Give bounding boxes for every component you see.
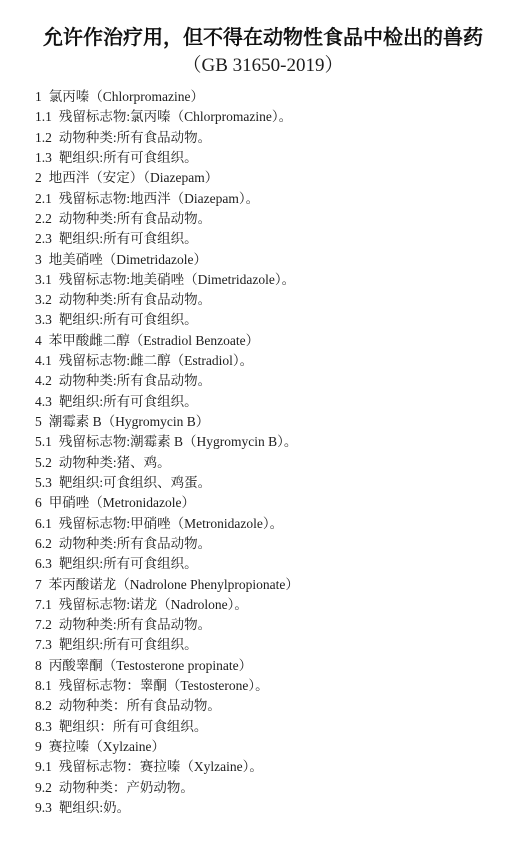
list-line: 8.2动物种类：所有食品动物。 (35, 696, 516, 716)
line-text: 氯丙嗪（Chlorpromazine） (49, 89, 204, 104)
list-line: 5.1残留标志物:潮霉素 B（Hygromycin B）。 (35, 432, 516, 452)
line-text: 靶组织:奶。 (59, 800, 130, 815)
line-text: 动物种类:所有食品动物。 (59, 536, 211, 551)
line-text: 丙酸睾酮（Testosterone propinate） (49, 658, 252, 673)
line-number: 6.3 (35, 554, 52, 574)
list-line: 2.3靶组织:所有可食组织。 (35, 229, 516, 249)
list-line: 8.3靶组织：所有可食组织。 (35, 717, 516, 737)
list-line: 3.1残留标志物:地美硝唑（Dimetridazole）。 (35, 270, 516, 290)
line-number: 1.2 (35, 128, 52, 148)
line-text: 动物种类:所有食品动物。 (59, 373, 211, 388)
line-number: 3.3 (35, 310, 52, 330)
list-line: 2.1残留标志物:地西泮（Diazepam）。 (35, 189, 516, 209)
line-text: 靶组织:所有可食组织。 (59, 394, 198, 409)
line-text: 地美硝唑（Dimetridazole） (49, 252, 207, 267)
line-text: 动物种类：所有食品动物。 (59, 698, 221, 713)
list-line: 1.2动物种类:所有食品动物。 (35, 128, 516, 148)
line-number: 8.3 (35, 717, 52, 737)
list-line: 5.3靶组织:可食组织、鸡蛋。 (35, 473, 516, 493)
line-number: 8.1 (35, 676, 52, 696)
standard-number-subtitle: （GB 31650-2019） (0, 54, 526, 78)
line-text: 动物种类:所有食品动物。 (59, 130, 211, 145)
list-line: 9赛拉嗪（Xylzaine） (35, 737, 516, 757)
line-text: 残留标志物:地美硝唑（Dimetridazole）。 (59, 272, 295, 287)
line-number: 2 (35, 168, 42, 188)
list-line: 3地美硝唑（Dimetridazole） (35, 250, 516, 270)
line-text: 动物种类:所有食品动物。 (59, 211, 211, 226)
line-text: 动物种类:所有食品动物。 (59, 292, 211, 307)
line-text: 动物种类:所有食品动物。 (59, 617, 211, 632)
line-number: 4 (35, 331, 42, 351)
list-line: 3.3靶组织:所有可食组织。 (35, 310, 516, 330)
line-number: 5.1 (35, 432, 52, 452)
line-text: 残留标志物:雌二醇（Estradiol）。 (59, 353, 253, 368)
list-line: 6.1残留标志物:甲硝唑（Metronidazole）。 (35, 514, 516, 534)
line-number: 5.3 (35, 473, 52, 493)
line-number: 5 (35, 412, 42, 432)
list-line: 4苯甲酸雌二醇（Estradiol Benzoate） (35, 331, 516, 351)
line-text: 靶组织:所有可食组织。 (59, 637, 198, 652)
line-number: 4.1 (35, 351, 52, 371)
line-number: 3.1 (35, 270, 52, 290)
list-line: 8丙酸睾酮（Testosterone propinate） (35, 656, 516, 676)
line-text: 残留标志物:甲硝唑（Metronidazole）。 (59, 516, 283, 531)
line-text: 靶组织:可食组织、鸡蛋。 (59, 475, 211, 490)
list-line: 7.1残留标志物:诺龙（Nadrolone）。 (35, 595, 516, 615)
line-number: 1.3 (35, 148, 52, 168)
list-line: 5.2动物种类:猪、鸡。 (35, 453, 516, 473)
line-text: 残留标志物:地西泮（Diazepam）。 (59, 191, 259, 206)
line-text: 苯甲酸雌二醇（Estradiol Benzoate） (49, 333, 259, 348)
line-number: 9.2 (35, 778, 52, 798)
list-line: 9.2动物种类：产奶动物。 (35, 778, 516, 798)
line-number: 2.2 (35, 209, 52, 229)
line-text: 靶组织:所有可食组织。 (59, 556, 198, 571)
list-line: 2.2动物种类:所有食品动物。 (35, 209, 516, 229)
list-line: 1.1残留标志物:氯丙嗪（Chlorpromazine）。 (35, 107, 516, 127)
line-number: 1 (35, 87, 42, 107)
drug-list: 1氯丙嗪（Chlorpromazine） 1.1残留标志物:氯丙嗪（Chlorp… (35, 87, 516, 818)
line-number: 3 (35, 250, 42, 270)
list-line: 4.3靶组织:所有可食组织。 (35, 392, 516, 412)
list-line: 7.3靶组织:所有可食组织。 (35, 635, 516, 655)
line-number: 4.3 (35, 392, 52, 412)
list-line: 7.2动物种类:所有食品动物。 (35, 615, 516, 635)
line-number: 7.2 (35, 615, 52, 635)
line-number: 3.2 (35, 290, 52, 310)
list-line: 2地西泮（安定）（Diazepam） (35, 168, 516, 188)
list-line: 3.2动物种类:所有食品动物。 (35, 290, 516, 310)
line-text: 靶组织:所有可食组织。 (59, 150, 198, 165)
list-line: 9.3靶组织:奶。 (35, 798, 516, 818)
line-text: 地西泮（安定）（Diazepam） (49, 170, 218, 185)
line-number: 4.2 (35, 371, 52, 391)
line-number: 6.2 (35, 534, 52, 554)
line-number: 9.3 (35, 798, 52, 818)
line-number: 1.1 (35, 107, 52, 127)
list-line: 1.3靶组织:所有可食组织。 (35, 148, 516, 168)
list-line: 6.3靶组织:所有可食组织。 (35, 554, 516, 574)
line-number: 5.2 (35, 453, 52, 473)
line-text: 动物种类:猪、鸡。 (59, 455, 171, 470)
line-number: 2.1 (35, 189, 52, 209)
line-text: 苯丙酸诺龙（Nadrolone Phenylpropionate） (49, 577, 299, 592)
list-line: 4.2动物种类:所有食品动物。 (35, 371, 516, 391)
line-number: 8.2 (35, 696, 52, 716)
line-text: 靶组织:所有可食组织。 (59, 312, 198, 327)
list-line: 9.1残留标志物：赛拉嗪（Xylzaine）。 (35, 757, 516, 777)
line-text: 残留标志物:氯丙嗪（Chlorpromazine）。 (59, 109, 292, 124)
line-text: 靶组织：所有可食组织。 (59, 719, 208, 734)
line-text: 残留标志物：睾酮（Testosterone）。 (59, 678, 269, 693)
document-page: 允许作治疗用，但不得在动物性食品中检出的兽药 （GB 31650-2019） 1… (0, 0, 526, 842)
line-number: 7.1 (35, 595, 52, 615)
line-text: 残留标志物：赛拉嗪（Xylzaine）。 (59, 759, 263, 774)
line-number: 9.1 (35, 757, 52, 777)
line-text: 残留标志物:潮霉素 B（Hygromycin B）。 (59, 434, 298, 449)
line-number: 9 (35, 737, 42, 757)
line-text: 潮霉素 B（Hygromycin B） (49, 414, 210, 429)
list-line: 1氯丙嗪（Chlorpromazine） (35, 87, 516, 107)
line-number: 8 (35, 656, 42, 676)
line-number: 7.3 (35, 635, 52, 655)
list-line: 6.2动物种类:所有食品动物。 (35, 534, 516, 554)
list-line: 8.1残留标志物：睾酮（Testosterone）。 (35, 676, 516, 696)
page-title: 允许作治疗用，但不得在动物性食品中检出的兽药 (0, 26, 526, 50)
list-line: 5潮霉素 B（Hygromycin B） (35, 412, 516, 432)
line-text: 甲硝唑（Metronidazole） (49, 495, 195, 510)
line-number: 6 (35, 493, 42, 513)
line-text: 残留标志物:诺龙（Nadrolone）。 (59, 597, 248, 612)
line-text: 靶组织:所有可食组织。 (59, 231, 198, 246)
line-number: 2.3 (35, 229, 52, 249)
line-number: 6.1 (35, 514, 52, 534)
line-text: 动物种类：产奶动物。 (59, 780, 194, 795)
list-line: 7苯丙酸诺龙（Nadrolone Phenylpropionate） (35, 575, 516, 595)
line-text: 赛拉嗪（Xylzaine） (49, 739, 165, 754)
list-line: 4.1残留标志物:雌二醇（Estradiol）。 (35, 351, 516, 371)
list-line: 6甲硝唑（Metronidazole） (35, 493, 516, 513)
line-number: 7 (35, 575, 42, 595)
